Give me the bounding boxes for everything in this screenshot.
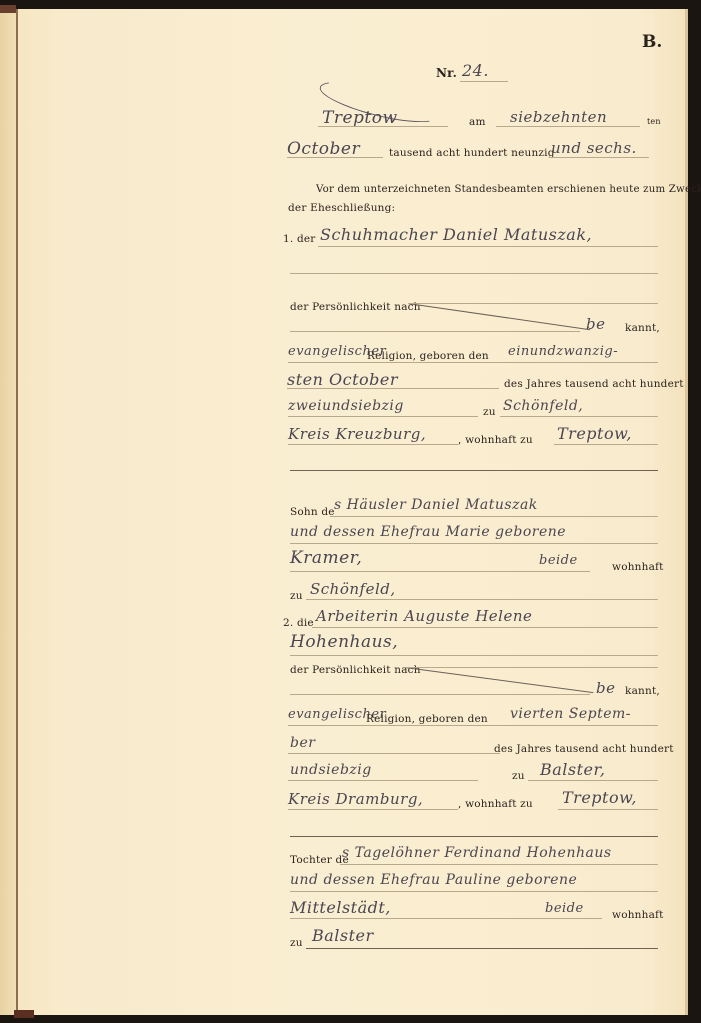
groom-residence-label: , wohnhaft zu xyxy=(458,434,533,446)
groom-religion-label: Religion, geboren den xyxy=(367,350,489,362)
groom-residence: Treptow, xyxy=(557,424,632,443)
groom-district-rule xyxy=(288,444,458,445)
bride-name-rule-2 xyxy=(290,655,658,656)
ten-suffix: ten xyxy=(647,117,661,126)
bride-section-rule xyxy=(290,836,658,837)
page-right-edge xyxy=(685,9,688,1015)
bride-district: Kreis Dramburg, xyxy=(288,790,423,808)
binding-corner-top xyxy=(0,5,16,13)
bride-parents-zu: zu xyxy=(290,937,303,949)
groom-parents-rule-1 xyxy=(330,516,658,517)
day-hand: siebzehnten xyxy=(510,108,607,126)
groom-birth-rule xyxy=(287,388,499,389)
groom-blank-rule xyxy=(290,273,658,274)
bride-birth-day-2: ber xyxy=(290,735,315,751)
bride-parents-residence-rule xyxy=(306,948,658,949)
bride-index: 2. die xyxy=(283,617,314,629)
groom-year-label: des Jahres tausend acht hundert xyxy=(504,378,684,390)
number-label: Nr. xyxy=(436,66,457,80)
bride-birth-place: Balster, xyxy=(540,760,606,779)
bride-religion-label: Religion, geboren den xyxy=(366,713,488,725)
groom-wohnhaft-label: wohnhaft xyxy=(612,561,664,573)
bride-zu-label: zu xyxy=(512,770,525,782)
groom-parents-residence: Schönfeld, xyxy=(310,580,396,598)
intro-line-1: Vor dem unterzeichneten Standesbeamten e… xyxy=(316,184,701,195)
groom-birth-place-rule xyxy=(500,416,658,417)
bride-residence: Treptow, xyxy=(562,788,637,807)
place-hand: Treptow xyxy=(322,108,398,128)
bride-birth-year: undsiebzig xyxy=(290,762,372,778)
groom-parents-line-2: und dessen Ehefrau Marie geborene xyxy=(290,524,566,540)
binding-strip xyxy=(0,9,16,1015)
bride-parents-rule-1 xyxy=(340,864,658,865)
place-rule xyxy=(318,126,448,127)
groom-identity-hand: be xyxy=(586,315,605,333)
groom-birth-day: einundzwanzig- xyxy=(508,344,618,359)
groom-district: Kreis Kreuzburg, xyxy=(288,425,426,443)
groom-identity-label: der Persönlichkeit nach xyxy=(290,301,421,313)
groom-zu-label: zu xyxy=(483,406,496,418)
bride-wohnhaft-label: wohnhaft xyxy=(612,909,664,921)
groom-parents-residence-rule xyxy=(306,599,658,600)
bride-parents-residence: Balster xyxy=(312,926,374,945)
intro-line-2: der Eheschließung: xyxy=(288,202,395,214)
groom-identity-rule xyxy=(408,303,658,304)
month-rule xyxy=(287,157,383,158)
bride-religion-rule xyxy=(288,725,658,726)
groom-parents-line-3: Kramer, xyxy=(290,548,362,568)
number-value: 24. xyxy=(462,61,489,80)
groom-birth-place: Schönfeld, xyxy=(503,398,583,414)
bride-residence-label: , wohnhaft zu xyxy=(458,798,533,810)
groom-parents-zu: zu xyxy=(290,590,303,602)
bride-birth-day: vierten Septem- xyxy=(510,706,631,722)
bride-identity-suffix: kannt, xyxy=(625,685,660,697)
bride-identity-rule-2 xyxy=(290,694,590,695)
bride-year-label: des Jahres tausend acht hundert xyxy=(494,743,674,755)
year-hand: und sechs. xyxy=(551,139,637,157)
year-rule xyxy=(549,157,649,158)
binding-gutter-line xyxy=(16,9,18,1015)
groom-residence-rule xyxy=(554,444,658,445)
groom-name: Schuhmacher Daniel Matuszak, xyxy=(320,225,592,244)
groom-both-hand: beide xyxy=(539,553,578,568)
groom-name-rule xyxy=(318,246,658,247)
bride-parents-line-1: s Tagelöhner Ferdinand Hohenhaus xyxy=(342,845,612,861)
bride-identity-rule xyxy=(405,667,658,668)
groom-parents-rule-2 xyxy=(290,543,658,544)
groom-parents-rule-3 xyxy=(290,571,590,572)
groom-birth-day-2: sten October xyxy=(287,370,398,389)
groom-birth-year-rule xyxy=(288,416,478,417)
bride-parents-rule-3 xyxy=(290,918,602,919)
bride-parents-rule-2 xyxy=(290,891,658,892)
bride-residence-rule xyxy=(558,809,658,810)
groom-birth-year: zweiundsiebzig xyxy=(288,398,404,414)
binding-corner-bottom xyxy=(14,1010,34,1018)
groom-parents-line-1: s Häusler Daniel Matuszak xyxy=(334,497,538,513)
groom-section-rule xyxy=(290,470,658,471)
bride-parents-line-3: Mittelstädt, xyxy=(290,898,391,917)
groom-identity-rule-2 xyxy=(290,331,580,332)
bride-name-1: Arbeiterin Auguste Helene xyxy=(316,607,532,625)
bride-identity-hand: be xyxy=(596,679,615,697)
am-label: am xyxy=(469,116,486,128)
bride-identity-label: der Persönlichkeit nach xyxy=(290,664,421,676)
bride-birth-year-rule xyxy=(288,780,478,781)
groom-identity-suffix: kannt, xyxy=(625,322,660,334)
bride-name-2: Hohenhaus, xyxy=(290,632,398,652)
bride-birth-place-rule xyxy=(528,780,658,781)
bride-name-rule-1 xyxy=(312,627,658,628)
groom-index: 1. der xyxy=(283,233,316,245)
bride-district-rule xyxy=(288,809,458,810)
bride-both-hand: beide xyxy=(545,901,584,916)
groom-religion-rule xyxy=(288,362,658,363)
number-rule xyxy=(460,81,508,82)
day-rule xyxy=(496,126,640,127)
groom-parents-label: Sohn de xyxy=(290,506,335,518)
bride-parents-line-2: und dessen Ehefrau Pauline geborene xyxy=(290,872,577,888)
year-printed: tausend acht hundert neunzig xyxy=(389,147,555,159)
bride-birth-rule xyxy=(288,753,500,754)
month-hand: October xyxy=(287,139,360,159)
form-letter: B. xyxy=(642,32,662,52)
